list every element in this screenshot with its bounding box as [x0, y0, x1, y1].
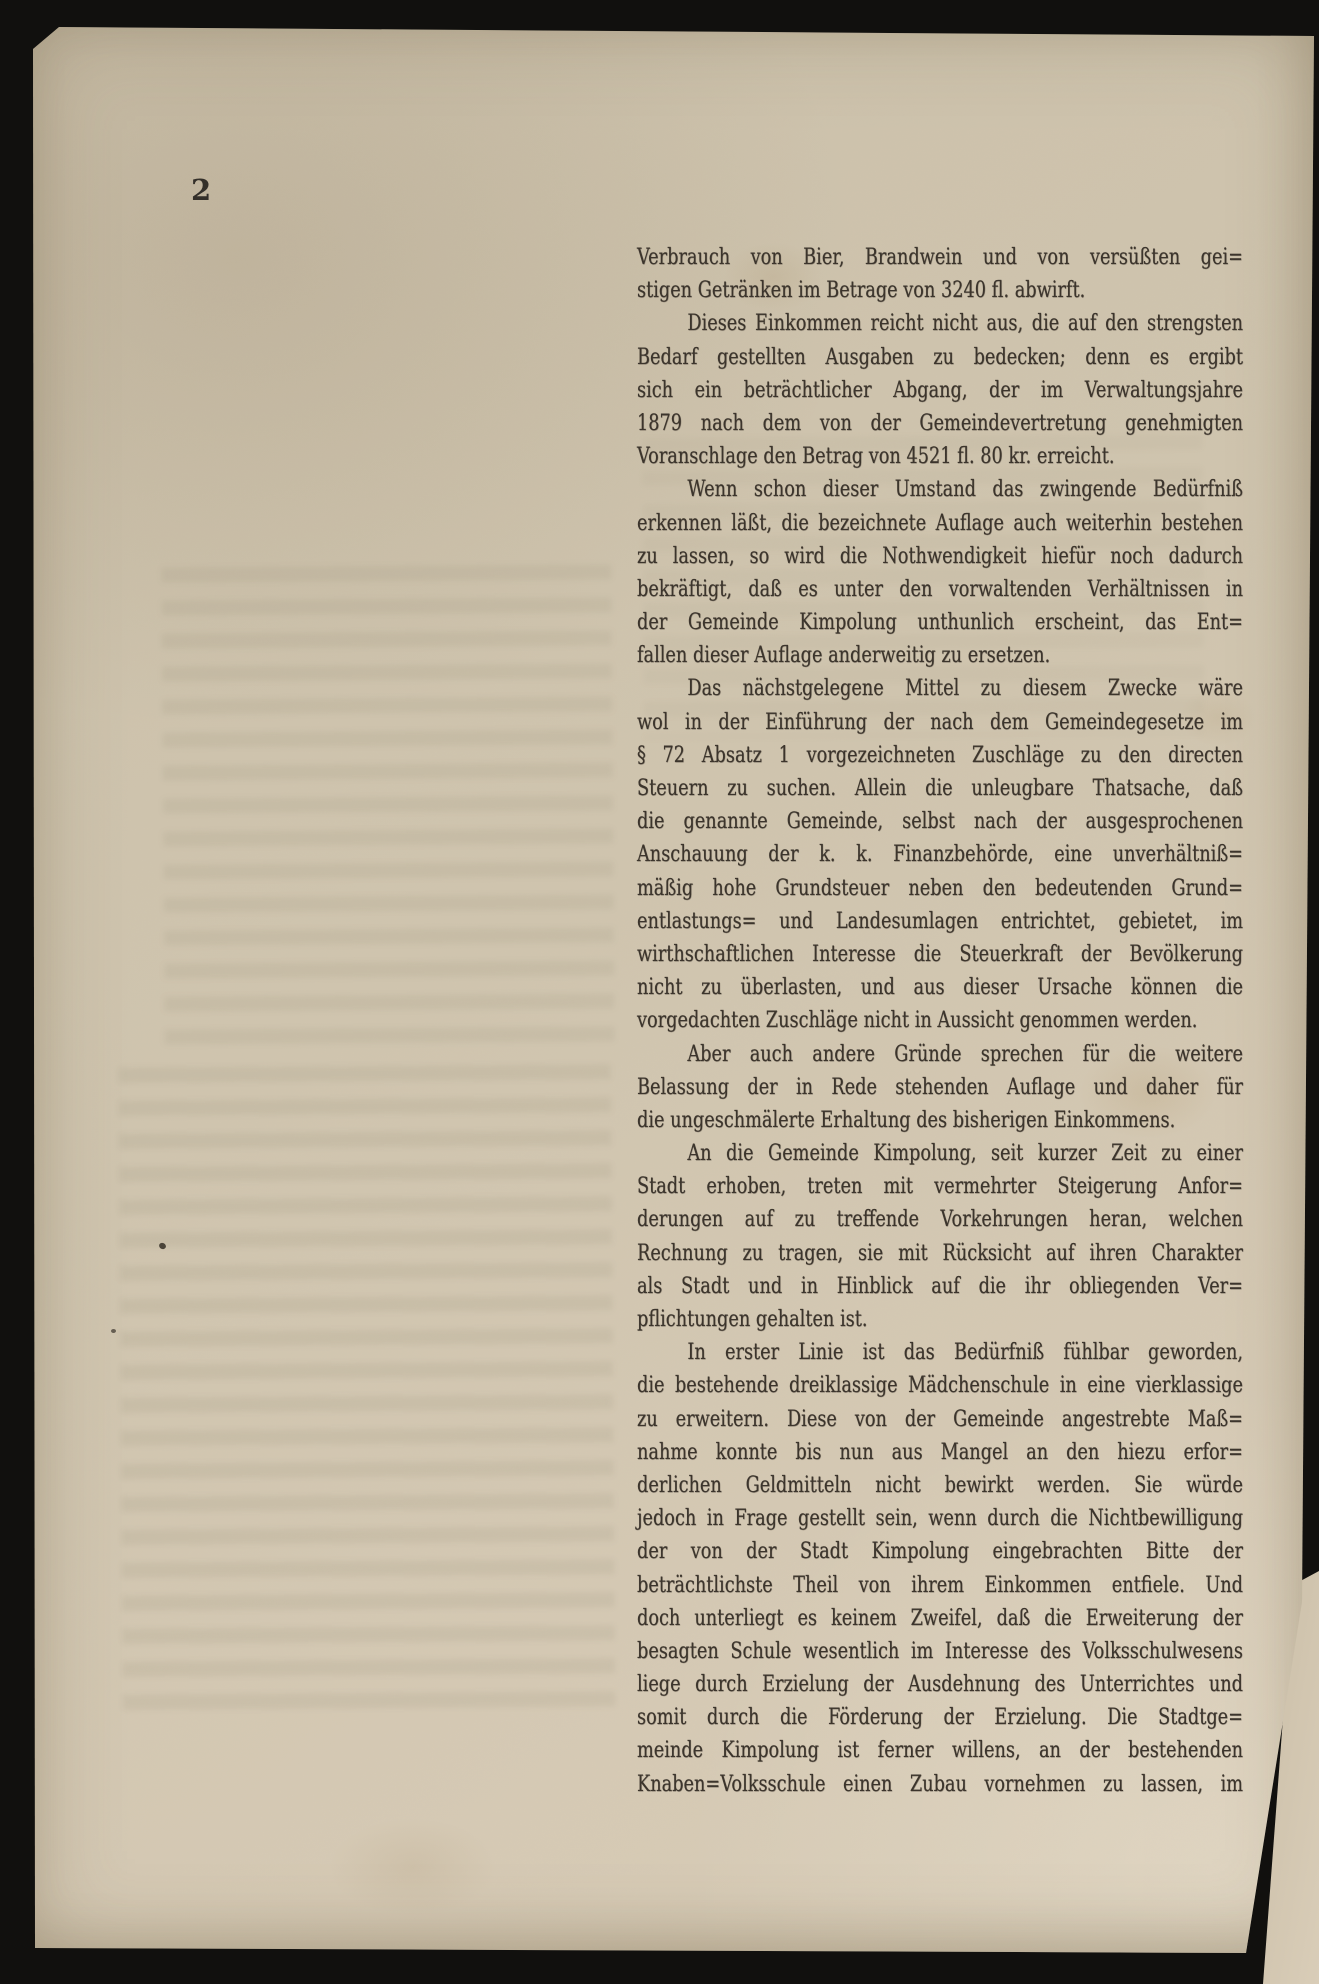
bleedthrough-text-ghost	[161, 555, 614, 1053]
text-line: Aber auch andere Gründe sprechen für die…	[637, 1038, 1243, 1071]
text-line: als Stadt und in Hinblick auf die ihr ob…	[637, 1270, 1243, 1303]
text-line: Knaben=Volksschule einen Zubau vornehmen…	[637, 1768, 1243, 1801]
text-line: der von der Stadt Kimpolung eingebrachte…	[637, 1535, 1243, 1568]
text-line: 1879 nach dem von der Gemeindevertretung…	[637, 407, 1243, 440]
text-line: Belassung der in Rede stehenden Auflage …	[637, 1071, 1243, 1104]
text-line: die bestehende dreiklassige Mädchenschul…	[637, 1369, 1243, 1402]
text-line: die genannte Gemeinde, selbst nach der a…	[637, 805, 1243, 838]
text-line: pflichtungen gehalten ist.	[637, 1303, 1243, 1336]
text-line: mäßig hohe Grundsteuer neben den bedeute…	[637, 872, 1243, 905]
text-line: derungen auf zu treffende Vorkehrungen h…	[637, 1203, 1243, 1236]
text-line: der Gemeinde Kimpolung unthunlich ersche…	[637, 606, 1243, 639]
text-line: Stadt erhoben, treten mit vermehrter Ste…	[637, 1170, 1243, 1203]
text-line: wol in der Einführung der nach dem Gemei…	[637, 706, 1243, 739]
text-line: erkennen läßt, die bezeichnete Auflage a…	[637, 507, 1243, 540]
text-line: beträchtlichste Theil von ihrem Einkomme…	[637, 1569, 1243, 1602]
text-line: nicht zu überlasten, und aus dieser Ursa…	[637, 971, 1243, 1004]
text-line: meinde Kimpolung ist ferner willens, an …	[637, 1734, 1243, 1767]
text-line: Verbrauch von Bier, Brandwein und von ve…	[637, 241, 1243, 274]
text-line: nahme konnte bis nun aus Mangel an den h…	[637, 1436, 1243, 1469]
text-line: Das nächstgelegene Mittel zu diesem Zwec…	[637, 672, 1243, 705]
text-line: bekräftigt, daß es unter den vorwaltende…	[637, 573, 1243, 606]
text-line: Bedarf gestellten Ausgaben zu bedecken; …	[637, 341, 1243, 374]
body-text: Verbrauch von Bier, Brandwein und von ve…	[637, 241, 1243, 1801]
text-line: vorgedachten Zuschläge nicht in Aussicht…	[637, 1004, 1243, 1037]
page-number: 2	[191, 173, 212, 207]
text-line: fallen dieser Auflage anderweitig zu ers…	[637, 639, 1243, 672]
scanned-book-page: 2 Verbrauch von Bier, Brandwein und von …	[0, 0, 1319, 1984]
text-line: jedoch in Frage gestellt sein, wenn durc…	[637, 1502, 1243, 1535]
text-line: zu erweitern. Diese von der Gemeinde ang…	[637, 1403, 1243, 1436]
text-line: entlastungs= und Landesumlagen entrichte…	[637, 905, 1243, 938]
text-line: derlichen Geldmitteln nicht bewirkt werd…	[637, 1469, 1243, 1502]
text-line: Voranschlage den Betrag von 4521 fl. 80 …	[637, 440, 1243, 473]
text-line: wirthschaftlichen Interesse die Steuerkr…	[637, 938, 1243, 971]
bleedthrough-text-ghost	[119, 1055, 616, 1718]
ink-speck	[158, 1242, 167, 1250]
text-line: somit durch die Förderung der Erzielung.…	[637, 1701, 1243, 1734]
text-line: sich ein beträchtlicher Abgang, der im V…	[637, 374, 1243, 407]
text-line: § 72 Absatz 1 vorgezeichneten Zuschläge …	[637, 739, 1243, 772]
text-line: Anschauung der k. k. Finanzbehörde, eine…	[637, 838, 1243, 871]
page-paper: 2 Verbrauch von Bier, Brandwein und von …	[33, 27, 1314, 1953]
text-line: In erster Linie ist das Bedürfniß fühlba…	[637, 1336, 1243, 1369]
text-line: die ungeschmälerte Erhaltung des bisheri…	[637, 1104, 1243, 1137]
text-line: besagten Schule wesentlich im Interesse …	[637, 1635, 1243, 1668]
text-line: liege durch Erzielung der Ausdehnung des…	[637, 1668, 1243, 1701]
ink-speck	[111, 1329, 116, 1333]
text-line: Dieses Einkommen reicht nicht aus, die a…	[637, 307, 1243, 340]
text-line: Rechnung zu tragen, sie mit Rücksicht au…	[637, 1237, 1243, 1270]
text-line: doch unterliegt es keinem Zweifel, daß d…	[637, 1602, 1243, 1635]
text-line: stigen Getränken im Betrage von 3240 fl.…	[637, 274, 1243, 307]
text-line: Steuern zu suchen. Allein die unleugbare…	[637, 772, 1243, 805]
text-line: zu lassen, so wird die Nothwendigkeit hi…	[637, 540, 1243, 573]
text-line: Wenn schon dieser Umstand das zwingende …	[637, 473, 1243, 506]
text-line: An die Gemeinde Kimpolung, seit kurzer Z…	[637, 1137, 1243, 1170]
